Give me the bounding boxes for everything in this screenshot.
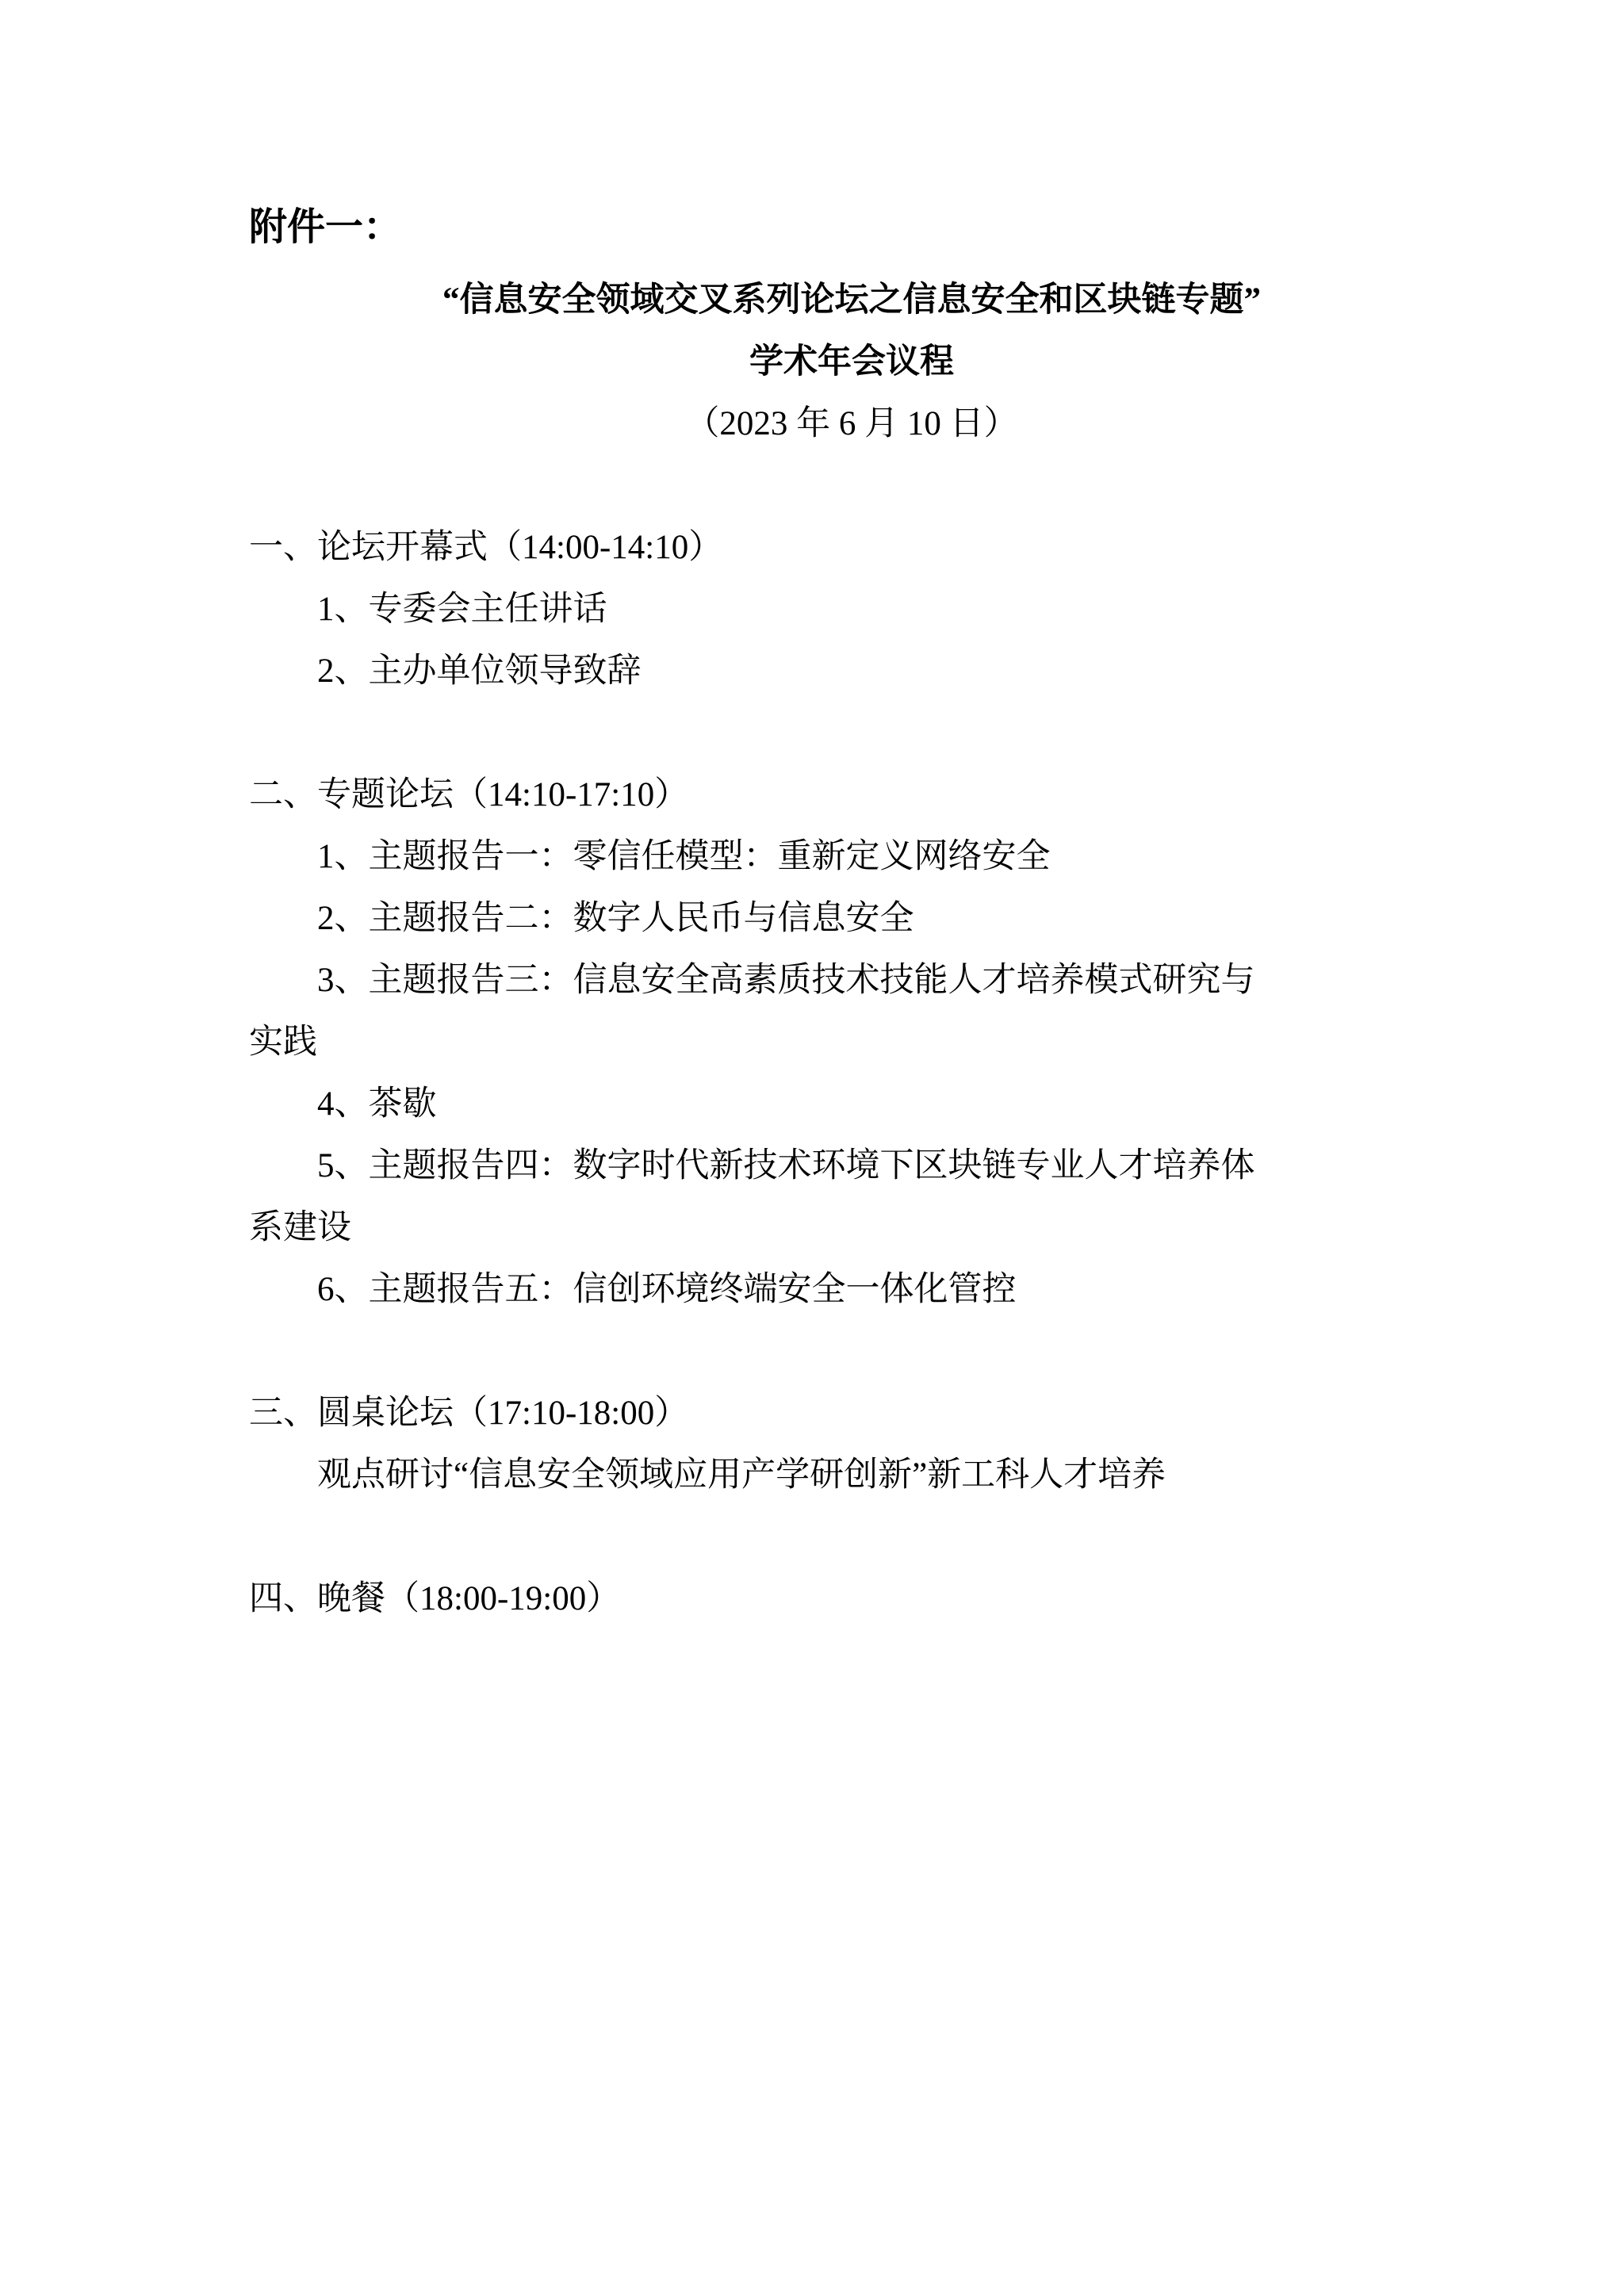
section-round-table: 三、圆桌论坛（17:10-18:00） 观点研讨“信息安全领域应用产学研创新”新… [249, 1383, 1386, 1506]
section-special-forum: 二、专题论坛（14:10-17:10） 1、主题报告一：零信任模型：重新定义网络… [249, 764, 1386, 1321]
agenda-item-keynote-2: 2、主题报告二：数字人民币与信息安全 [249, 888, 1386, 950]
section-opening-ceremony: 一、论坛开幕式（14:00-14:10） 1、专委会主任讲话 2、主办单位领导致… [249, 517, 1386, 702]
section-heading-dinner: 四、晚餐（18:00-19:00） [249, 1568, 1386, 1630]
agenda-item-keynote-3: 3、主题报告三：信息安全高素质技术技能人才培养模式研究与 实践 [249, 950, 1386, 1073]
document-title-line1: “信息安全领域交叉系列论坛之信息安全和区块链专题” [249, 270, 1386, 331]
agenda-item-chair-speech: 1、专委会主任讲话 [249, 579, 1386, 641]
agenda-document-page: 附件一： “信息安全领域交叉系列论坛之信息安全和区块链专题” 学术年会议程 （2… [0, 0, 1624, 2296]
document-title-line2: 学术年会议程 [249, 331, 1386, 393]
section-heading-special-forum: 二、专题论坛（14:10-17:10） [249, 764, 1386, 826]
agenda-item-viewpoint-discussion: 观点研讨“信息安全领域应用产学研创新”新工科人才培养 [249, 1445, 1386, 1506]
document-date: （2023 年 6 月 10 日） [249, 393, 1386, 455]
agenda-item-host-address: 2、主办单位领导致辞 [249, 641, 1386, 702]
agenda-item-keynote-4: 5、主题报告四：数字时代新技术环境下区块链专业人才培养体 系建设 [249, 1135, 1386, 1259]
section-dinner: 四、晚餐（18:00-19:00） [249, 1568, 1386, 1630]
section-heading-round-table: 三、圆桌论坛（17:10-18:00） [249, 1383, 1386, 1445]
attachment-label: 附件一： [249, 197, 1386, 258]
agenda-item-keynote-5: 6、主题报告五：信创环境终端安全一体化管控 [249, 1259, 1386, 1321]
section-heading-opening-ceremony: 一、论坛开幕式（14:00-14:10） [249, 517, 1386, 579]
agenda-item-keynote-1: 1、主题报告一：零信任模型：重新定义网络安全 [249, 826, 1386, 888]
agenda-item-tea-break: 4、茶歇 [249, 1073, 1386, 1135]
